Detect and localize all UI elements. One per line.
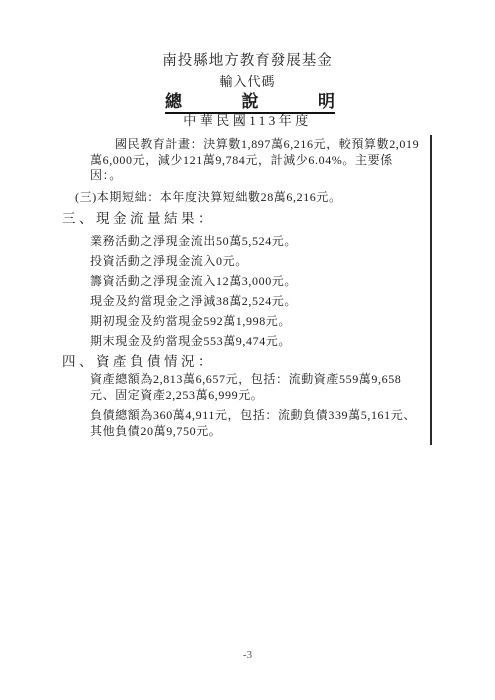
general-statement-title-char-2: 說 <box>242 92 259 111</box>
cash-flow-item-net-decrease: 現金及約當現金之淨減38萬2,524元。 <box>90 291 430 311</box>
cash-flow-items-list: 業務活動之淨現金流出50萬5,524元。 投資活動之淨現金流入0元。 籌資活動之… <box>90 231 430 351</box>
cash-flow-section-heading: 三、現金流量結果： <box>62 210 422 227</box>
liabilities-total-paragraph: 負債總額為360萬4,911元，包括：流動負債339萬5,161元、 其他負債2… <box>90 408 430 439</box>
fiscal-year-line: 中華民國113年度 <box>0 113 495 129</box>
cash-flow-item-operating: 業務活動之淨現金流出50萬5,524元。 <box>90 231 430 251</box>
input-code-subtitle: 輸入代碼 <box>0 74 495 90</box>
margin-revision-bar <box>430 135 432 445</box>
cash-flow-item-investing: 投資活動之淨現金流入0元。 <box>90 251 430 271</box>
education-plan-paragraph: 國民教育計畫：決算數1,897萬6,216元，較預算數2,019 萬6,000元… <box>90 137 420 184</box>
page-number: -3 <box>0 649 495 661</box>
balance-sheet-section-heading: 四、資產負債情況： <box>62 353 422 370</box>
general-statement-title: 總 說 明 <box>165 92 335 114</box>
fund-org-title: 南投縣地方教育發展基金 <box>0 52 495 70</box>
general-statement-title-char-3: 明 <box>318 92 335 111</box>
assets-total-paragraph: 資產總額為2,813萬6,657元，包括：流動資產559萬9,658 元、固定資… <box>90 372 430 403</box>
period-deficit-item: (三)本期短絀：本年度決算短絀數28萬6,216元。 <box>75 190 420 205</box>
document-page: 南投縣地方教育發展基金 輸入代碼 總 說 明 中華民國113年度 國民教育計畫：… <box>0 0 495 700</box>
cash-flow-item-ending-cash: 期末現金及約當現金553萬9,474元。 <box>90 331 430 351</box>
cash-flow-item-beginning-cash: 期初現金及約當現金592萬1,998元。 <box>90 311 430 331</box>
general-statement-title-char-1: 總 <box>165 92 182 111</box>
cash-flow-item-financing: 籌資活動之淨現金流入12萬3,000元。 <box>90 271 430 291</box>
